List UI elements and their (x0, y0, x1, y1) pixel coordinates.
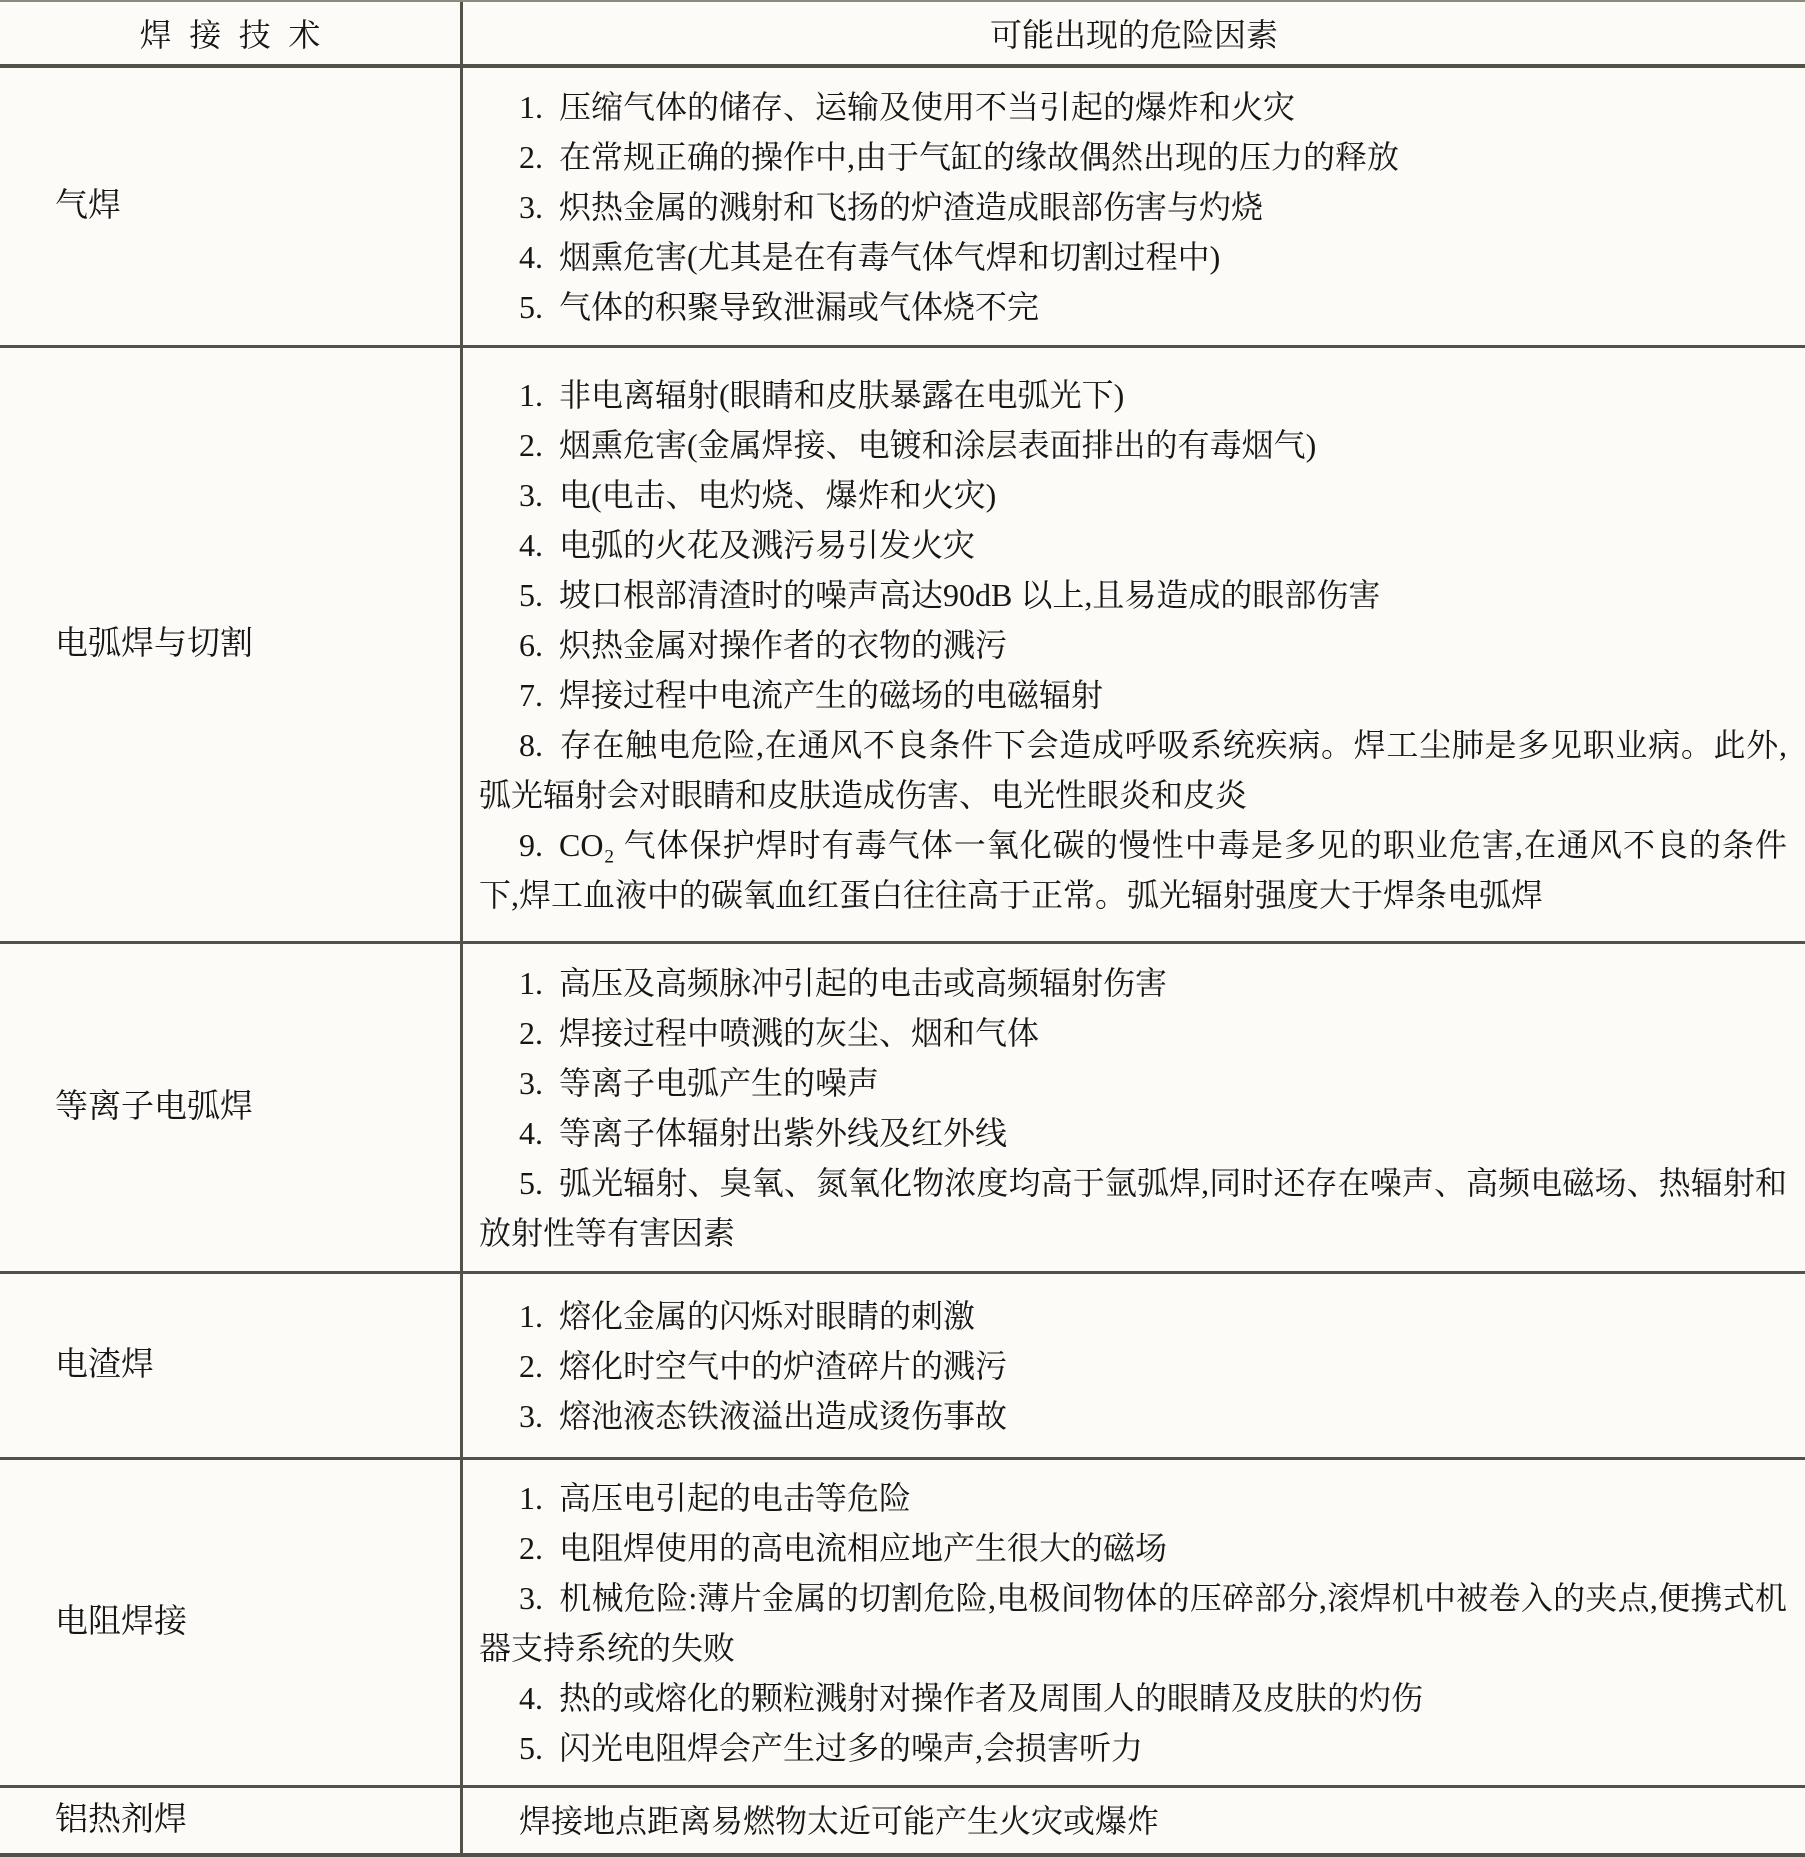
hazard-item-number: 3. (519, 1580, 543, 1616)
hazard-item-number: 4. (519, 527, 543, 563)
hazard-item-number: 3. (519, 1065, 543, 1101)
table-row: 气焊1.压缩气体的储存、运输及使用不当引起的爆炸和火灾2.在常规正确的操作中,由… (0, 68, 1805, 345)
technique-label: 铝热剂焊 (0, 1797, 187, 1843)
hazard-item-number: 7. (519, 677, 543, 713)
hazard-item-text: 烟熏危害(尤其是在有毒气体气焊和切割过程中) (559, 239, 1220, 275)
hazard-item-number: 9. (519, 827, 543, 863)
hazard-item: 7.焊接过程中电流产生的磁场的电磁辐射 (479, 670, 1787, 720)
hazards-cell: 1.熔化金属的闪烁对眼睛的刺激2.熔化时空气中的炉渣碎片的溅污3.熔池液态铁液溢… (463, 1274, 1805, 1457)
technique-label: 等离子电弧焊 (0, 1084, 253, 1130)
hazard-item: 1.高压及高频脉冲引起的电击或高频辐射伤害 (479, 958, 1787, 1008)
hazard-item-text: 非电离辐射(眼睛和皮肤暴露在电弧光下) (559, 377, 1124, 413)
hazard-item-text: 弧光辐射、臭氧、氮氧化物浓度均高于氩弧焊,同时还存在噪声、高频电磁场、热辐射和放… (479, 1165, 1787, 1251)
hazard-item-text: CO₂ 气体保护焊时有毒气体一氧化碳的慢性中毒是多见的职业危害,在通风不良的条件… (479, 827, 1787, 913)
hazard-item: 4.热的或熔化的颗粒溅射对操作者及周围人的眼睛及皮肤的灼伤 (479, 1673, 1787, 1723)
table-row: 电阻焊接1.高压电引起的电击等危险2.电阻焊使用的高电流相应地产生很大的磁场3.… (0, 1457, 1805, 1785)
hazard-item-number: 2. (519, 139, 543, 175)
table-row: 铝热剂焊焊接地点距离易燃物太近可能产生火灾或爆炸 (0, 1785, 1805, 1853)
hazard-item: 1.非电离辐射(眼睛和皮肤暴露在电弧光下) (479, 370, 1787, 420)
hazard-item-number: 3. (519, 477, 543, 513)
technique-label: 电弧焊与切割 (0, 621, 253, 667)
hazard-item: 2.电阻焊使用的高电流相应地产生很大的磁场 (479, 1523, 1787, 1573)
hazard-item: 2.熔化时空气中的炉渣碎片的溅污 (479, 1341, 1787, 1391)
technique-cell: 电弧焊与切割 (0, 348, 463, 941)
technique-cell: 电阻焊接 (0, 1460, 463, 1785)
hazard-item-text: 等离子电弧产生的噪声 (559, 1065, 879, 1101)
hazard-item-text: 坡口根部清渣时的噪声高达90dB 以上,且易造成的眼部伤害 (559, 577, 1380, 613)
hazard-item-text: 机械危险:薄片金属的切割危险,电极间物体的压碎部分,滚焊机中被卷入的夹点,便携式… (479, 1580, 1787, 1666)
hazard-item-text: 烟熏危害(金属焊接、电镀和涂层表面排出的有毒烟气) (559, 427, 1316, 463)
document-page: 焊接技术 可能出现的危险因素 气焊1.压缩气体的储存、运输及使用不当引起的爆炸和… (0, 0, 1805, 1857)
hazard-item-text: 熔化时空气中的炉渣碎片的溅污 (559, 1348, 1007, 1384)
hazard-item-text: 热的或熔化的颗粒溅射对操作者及周围人的眼睛及皮肤的灼伤 (559, 1680, 1423, 1716)
technique-cell: 气焊 (0, 68, 463, 345)
hazard-item: 3.等离子电弧产生的噪声 (479, 1058, 1787, 1108)
hazard-item-text: 焊接地点距离易燃物太近可能产生火灾或爆炸 (519, 1803, 1159, 1839)
hazard-item-text: 高压电引起的电击等危险 (559, 1480, 911, 1516)
hazard-item-number: 5. (519, 289, 543, 325)
hazard-item: 5.闪光电阻焊会产生过多的噪声,会损害听力 (479, 1723, 1787, 1773)
technique-label: 电阻焊接 (0, 1599, 187, 1645)
hazard-item-number: 4. (519, 1680, 543, 1716)
hazard-item: 焊接地点距离易燃物太近可能产生火灾或爆炸 (479, 1796, 1787, 1846)
hazard-item-number: 4. (519, 239, 543, 275)
hazards-cell: 1.高压及高频脉冲引起的电击或高频辐射伤害2.焊接过程中喷溅的灰尘、烟和气体3.… (463, 944, 1805, 1271)
header-label-technique: 焊接技术 (140, 10, 338, 56)
hazard-item-number: 1. (519, 1298, 543, 1334)
welding-hazards-table: 焊接技术 可能出现的危险因素 气焊1.压缩气体的储存、运输及使用不当引起的爆炸和… (0, 0, 1805, 1857)
hazard-item: 3.电(电击、电灼烧、爆炸和火灾) (479, 470, 1787, 520)
header-label-hazards: 可能出现的危险因素 (990, 10, 1278, 56)
hazard-item: 2.在常规正确的操作中,由于气缸的缘故偶然出现的压力的释放 (479, 132, 1787, 182)
hazard-item-text: 炽热金属对操作者的衣物的溅污 (559, 627, 1007, 663)
hazard-item: 8.存在触电危险,在通风不良条件下会造成呼吸系统疾病。焊工尘肺是多见职业病。此外… (479, 720, 1787, 820)
hazard-item-number: 5. (519, 1165, 543, 1201)
hazards-cell: 1.非电离辐射(眼睛和皮肤暴露在电弧光下)2.烟熏危害(金属焊接、电镀和涂层表面… (463, 348, 1805, 941)
hazard-item-number: 1. (519, 965, 543, 1001)
hazard-item-text: 焊接过程中喷溅的灰尘、烟和气体 (559, 1015, 1039, 1051)
table-row: 电渣焊1.熔化金属的闪烁对眼睛的刺激2.熔化时空气中的炉渣碎片的溅污3.熔池液态… (0, 1271, 1805, 1457)
hazard-item-number: 4. (519, 1115, 543, 1151)
hazard-item-number: 1. (519, 377, 543, 413)
hazard-item-number: 1. (519, 1480, 543, 1516)
hazards-cell: 1.高压电引起的电击等危险2.电阻焊使用的高电流相应地产生很大的磁场3.机械危险… (463, 1460, 1805, 1785)
hazard-item: 2.焊接过程中喷溅的灰尘、烟和气体 (479, 1008, 1787, 1058)
hazard-item: 6.炽热金属对操作者的衣物的溅污 (479, 620, 1787, 670)
hazards-cell: 1.压缩气体的储存、运输及使用不当引起的爆炸和火灾2.在常规正确的操作中,由于气… (463, 68, 1805, 345)
table-row: 电弧焊与切割1.非电离辐射(眼睛和皮肤暴露在电弧光下)2.烟熏危害(金属焊接、电… (0, 345, 1805, 941)
hazard-item: 4.电弧的火花及溅污易引发火灾 (479, 520, 1787, 570)
hazard-item-text: 压缩气体的储存、运输及使用不当引起的爆炸和火灾 (559, 89, 1295, 125)
hazard-item-text: 闪光电阻焊会产生过多的噪声,会损害听力 (559, 1730, 1143, 1766)
hazard-item-text: 电阻焊使用的高电流相应地产生很大的磁场 (559, 1530, 1167, 1566)
hazard-item-number: 5. (519, 577, 543, 613)
hazards-cell: 焊接地点距离易燃物太近可能产生火灾或爆炸 (463, 1788, 1805, 1853)
hazard-item: 5.坡口根部清渣时的噪声高达90dB 以上,且易造成的眼部伤害 (479, 570, 1787, 620)
hazard-item-number: 2. (519, 1530, 543, 1566)
hazard-item: 3.熔池液态铁液溢出造成烫伤事故 (479, 1391, 1787, 1441)
table-row: 等离子电弧焊1.高压及高频脉冲引起的电击或高频辐射伤害2.焊接过程中喷溅的灰尘、… (0, 941, 1805, 1271)
table-body: 气焊1.压缩气体的储存、运输及使用不当引起的爆炸和火灾2.在常规正确的操作中,由… (0, 68, 1805, 1853)
hazard-item-text: 气体的积聚导致泄漏或气体烧不完 (559, 289, 1039, 325)
hazard-item: 2.烟熏危害(金属焊接、电镀和涂层表面排出的有毒烟气) (479, 420, 1787, 470)
hazard-item: 1.压缩气体的储存、运输及使用不当引起的爆炸和火灾 (479, 82, 1787, 132)
hazard-item-text: 电(电击、电灼烧、爆炸和火灾) (559, 477, 996, 513)
hazard-item-text: 高压及高频脉冲引起的电击或高频辐射伤害 (559, 965, 1167, 1001)
hazard-item: 4.等离子体辐射出紫外线及红外线 (479, 1108, 1787, 1158)
technique-cell: 铝热剂焊 (0, 1788, 463, 1853)
hazard-item-number: 2. (519, 1348, 543, 1384)
technique-label: 气焊 (0, 183, 121, 229)
hazard-item-text: 炽热金属的溅射和飞扬的炉渣造成眼部伤害与灼烧 (559, 189, 1263, 225)
hazard-item: 9.CO₂ 气体保护焊时有毒气体一氧化碳的慢性中毒是多见的职业危害,在通风不良的… (479, 820, 1787, 920)
technique-cell: 电渣焊 (0, 1274, 463, 1457)
header-cell-technique: 焊接技术 (0, 2, 463, 64)
hazard-item-text: 熔池液态铁液溢出造成烫伤事故 (559, 1398, 1007, 1434)
hazard-item-text: 存在触电危险,在通风不良条件下会造成呼吸系统疾病。焊工尘肺是多见职业病。此外,弧… (479, 727, 1787, 813)
hazard-item-text: 电弧的火花及溅污易引发火灾 (559, 527, 975, 563)
hazard-item: 5.弧光辐射、臭氧、氮氧化物浓度均高于氩弧焊,同时还存在噪声、高频电磁场、热辐射… (479, 1158, 1787, 1258)
hazard-item-text: 焊接过程中电流产生的磁场的电磁辐射 (559, 677, 1103, 713)
hazard-item-number: 2. (519, 1015, 543, 1051)
hazard-item-number: 6. (519, 627, 543, 663)
hazard-item: 5.气体的积聚导致泄漏或气体烧不完 (479, 282, 1787, 332)
hazard-item-number: 3. (519, 1398, 543, 1434)
hazard-item-number: 1. (519, 89, 543, 125)
hazard-item: 3.机械危险:薄片金属的切割危险,电极间物体的压碎部分,滚焊机中被卷入的夹点,便… (479, 1573, 1787, 1673)
hazard-item-number: 3. (519, 189, 543, 225)
hazard-item: 3.炽热金属的溅射和飞扬的炉渣造成眼部伤害与灼烧 (479, 182, 1787, 232)
header-cell-hazards: 可能出现的危险因素 (463, 2, 1805, 64)
technique-cell: 等离子电弧焊 (0, 944, 463, 1271)
technique-label: 电渣焊 (0, 1342, 154, 1388)
hazard-item-number: 8. (519, 727, 543, 763)
hazard-item: 1.熔化金属的闪烁对眼睛的刺激 (479, 1291, 1787, 1341)
hazard-item-number: 2. (519, 427, 543, 463)
hazard-item: 1.高压电引起的电击等危险 (479, 1473, 1787, 1523)
hazard-item: 4.烟熏危害(尤其是在有毒气体气焊和切割过程中) (479, 232, 1787, 282)
table-header-row: 焊接技术 可能出现的危险因素 (0, 2, 1805, 68)
hazard-item-text: 等离子体辐射出紫外线及红外线 (559, 1115, 1007, 1151)
hazard-item-text: 在常规正确的操作中,由于气缸的缘故偶然出现的压力的释放 (559, 139, 1399, 175)
hazard-item-number: 5. (519, 1730, 543, 1766)
hazard-item-text: 熔化金属的闪烁对眼睛的刺激 (559, 1298, 975, 1334)
